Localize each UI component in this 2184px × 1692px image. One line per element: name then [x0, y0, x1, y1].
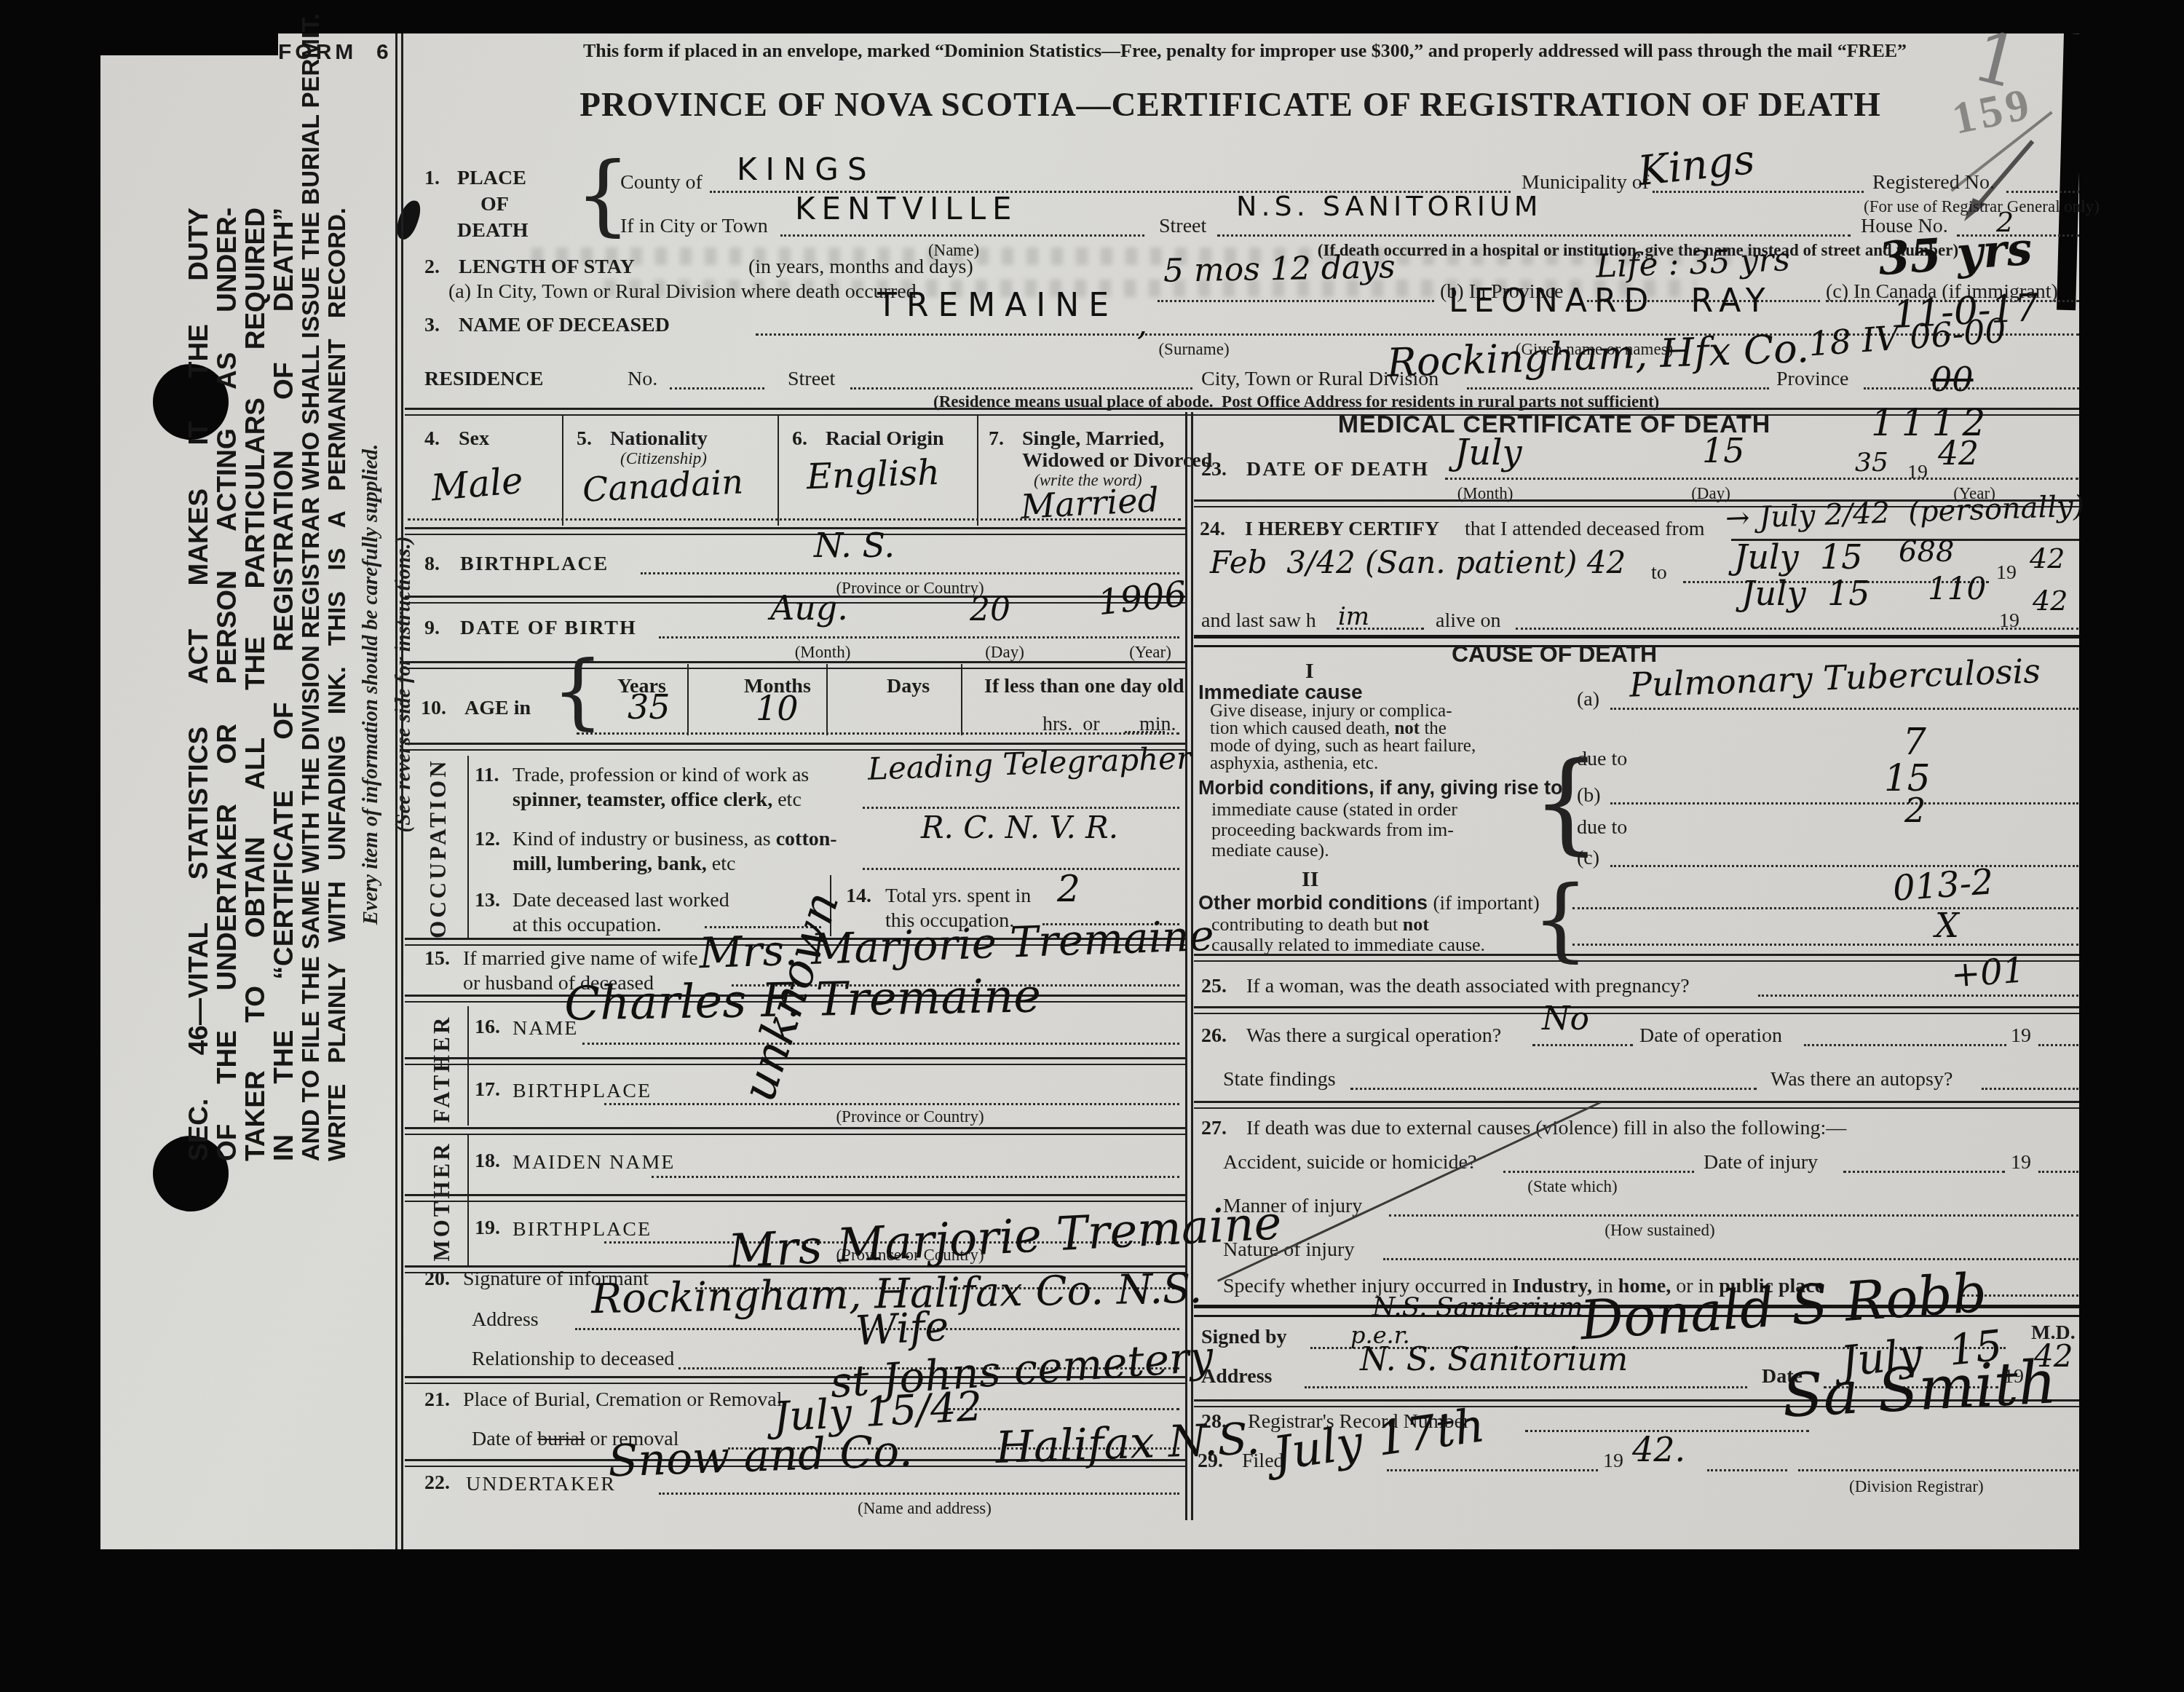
- residence-province-label: Province: [1776, 368, 1849, 390]
- margin-code-3: 00: [1931, 363, 1974, 396]
- s25-label: If a woman, was the death associated wit…: [1246, 976, 1690, 997]
- s21-label: Place of Burial, Cremation or Removal: [463, 1389, 783, 1410]
- s8-no: 8.: [424, 553, 440, 574]
- county-label: County of: [620, 172, 703, 193]
- residence-no-line: [670, 387, 764, 390]
- s17-no: 17.: [475, 1079, 500, 1100]
- rule: [1194, 1101, 2079, 1109]
- s24-saw-code: 110: [1928, 574, 1986, 604]
- s13-line-1: Date deceased last worked: [513, 890, 729, 911]
- s29-year-prefix: 19: [1603, 1450, 1623, 1471]
- s15-no: 15.: [424, 948, 450, 969]
- morbid-label: Morbid conditions, if any, giving rise t…: [1198, 778, 1563, 798]
- s10-days-h: Days: [887, 676, 930, 697]
- morbid-desc-3: mediate cause).: [1211, 840, 1329, 860]
- rule: [1194, 954, 2079, 962]
- s23-no: 23.: [1201, 459, 1227, 480]
- registrar-signature: Sa Smith: [1781, 1353, 2058, 1427]
- s26-label: Was there a surgical operation?: [1246, 1025, 1501, 1046]
- group-rule: [467, 1006, 469, 1126]
- cause-c-line: [1610, 865, 2078, 867]
- other-morbid-desc-1: contributing to death but not: [1211, 914, 1429, 934]
- s29-line-2: [1707, 1469, 1787, 1471]
- rule: [405, 1194, 1187, 1202]
- omd-bold: not: [1403, 914, 1429, 935]
- morbid-desc-1: immediate cause (stated in order: [1211, 799, 1457, 819]
- s26-findings-line: [1350, 1088, 1757, 1090]
- surname-value: TREMAINE: [877, 290, 1118, 322]
- s4-label: Sex: [459, 428, 489, 449]
- signed-top-value: N.S. Saniterium: [1372, 1294, 1583, 1321]
- mail-note: This form if placed in an envelope, mark…: [510, 41, 1980, 60]
- s13-no: 13.: [475, 890, 500, 911]
- s23-label: DATE OF DEATH: [1246, 459, 1429, 480]
- s18-no: 18.: [475, 1150, 500, 1171]
- cell-divider: [961, 664, 962, 735]
- immediate-desc-4: asphyxia, asthenia, etc.: [1210, 754, 1378, 773]
- s12-value: R. C. N. V. R.: [921, 813, 1118, 843]
- s2b-value: Life : 35 yrs: [1595, 244, 1790, 282]
- cause-roman-ii: II: [1302, 868, 1318, 891]
- city-town-label: If in City or Town: [620, 216, 768, 237]
- s7-label-2: Widowed or Divorced: [1022, 450, 1212, 471]
- row-line: [408, 518, 1181, 521]
- s9-month: Aug.: [770, 591, 848, 625]
- s24-certify-bold: I HEREBY CERTIFY: [1245, 518, 1439, 539]
- s16-line: [582, 1043, 1179, 1045]
- s24-to-code: 688: [1899, 537, 1954, 566]
- surname-comma: ,: [1137, 309, 1147, 341]
- s24-saw-line-2: [1516, 628, 2078, 630]
- omd-reg: contributing to death but: [1211, 914, 1403, 935]
- s27-manner-line: [1389, 1214, 2078, 1217]
- s24-saw-label-2: alive on: [1436, 610, 1500, 631]
- s20-relationship-label: Relationship to deceased: [472, 1348, 674, 1369]
- s12-line-1-bold: cotton-: [776, 828, 837, 850]
- oml-reg: (if important): [1433, 892, 1540, 914]
- s11-line-2-bold: spinner, teamster, office clerk,: [513, 788, 778, 811]
- scan-corner-top-left: [0, 0, 278, 55]
- cell-divider: [687, 664, 689, 735]
- cell-divider: [977, 415, 978, 526]
- s24-saw-year-prefix: 19: [1999, 610, 2019, 631]
- division-registrar-note: (Division Registrar): [1849, 1478, 1984, 1495]
- s21-date-struck: burial: [537, 1428, 585, 1450]
- other-code-3: +01: [1950, 953, 2025, 993]
- s29-line-1: [1387, 1469, 1598, 1471]
- registered-no-label: Registered No.: [1872, 172, 1995, 193]
- municipality-value: Kings: [1637, 140, 1757, 192]
- morbid-desc-2: proceeding backwards from im-: [1211, 820, 1454, 839]
- street-value: N.S. SANITORIUM: [1236, 192, 1543, 220]
- s27-no: 27.: [1201, 1118, 1227, 1139]
- s2a-value: 5 mos 12 days: [1163, 251, 1396, 288]
- cause-b-line: [1610, 802, 2078, 805]
- s10-min-label: min.: [1139, 713, 1176, 735]
- signed-address-value: N. S. Sanitorium: [1360, 1344, 1628, 1376]
- s22-no: 22.: [424, 1472, 450, 1493]
- s9-day: 20: [970, 594, 1010, 626]
- s9-no: 9.: [424, 617, 440, 639]
- s24-saw-label-1: and last saw h: [1201, 610, 1316, 631]
- d2b: not: [1394, 719, 1420, 738]
- s9-day-note: (Day): [985, 644, 1024, 661]
- s28-no: 28.: [1201, 1411, 1227, 1432]
- s27-accident-label: Accident, suicide or homicide?: [1223, 1152, 1476, 1173]
- signed-address-line: [1305, 1386, 1747, 1388]
- s5-no: 5.: [577, 428, 592, 449]
- s6-value: English: [806, 455, 941, 494]
- registered-no-note: (For use of Registrar General only): [1864, 198, 2100, 216]
- s11-line-2: spinner, teamster, office clerk, etc: [513, 789, 802, 810]
- s1-label-2: OF: [480, 194, 509, 215]
- s12-line: [863, 868, 1179, 870]
- s27-how-note: (How sustained): [1605, 1222, 1714, 1239]
- s18-line: [652, 1176, 1179, 1178]
- residence-street-label: Street: [788, 368, 835, 390]
- s2-no: 2.: [424, 256, 440, 277]
- s23-month: July: [1455, 435, 1522, 470]
- s22-label: UNDERTAKER: [466, 1474, 616, 1495]
- rule: [405, 661, 1187, 669]
- s10-hrs-label: hrs. or: [1042, 713, 1100, 735]
- s10-years-value: 35: [628, 690, 670, 724]
- s27-nature-line: [1383, 1258, 2078, 1260]
- s2c-super: 2: [1996, 208, 2014, 236]
- city-town-value: KENTVILLE: [795, 194, 1018, 224]
- row-line: [577, 732, 1179, 735]
- s19-no: 19.: [475, 1217, 500, 1238]
- cause-a-line: [1610, 708, 2078, 710]
- s24-no: 24.: [1200, 518, 1225, 539]
- registered-no-line: [2006, 191, 2079, 193]
- s13-line-2: at this occupation.: [513, 914, 662, 936]
- s1-no: 1.: [424, 167, 440, 189]
- residence-label: RESIDENCE: [424, 368, 543, 390]
- sidebar-note-1: Every item of information should be care…: [359, 207, 383, 1161]
- s26-year-prefix: 19: [2011, 1025, 2031, 1046]
- s10-brace: {: [552, 655, 604, 729]
- s10-less-h: If less than one day old: [984, 676, 1184, 697]
- s1-label-1: PLACE: [457, 167, 526, 189]
- immediate-cause-label: Immediate cause: [1198, 681, 1363, 703]
- sidebar-line: TAKER TO OBTAIN ALL THE PARTICULARS REQU…: [241, 207, 269, 1161]
- cell-divider: [826, 664, 828, 735]
- s19-label: BIRTHPLACE: [513, 1219, 652, 1240]
- sidebar-divider: [395, 33, 403, 1549]
- cause-a-label: (a): [1577, 689, 1599, 710]
- s4-value: Male: [430, 462, 524, 507]
- s18-label: MAIDEN NAME: [513, 1152, 675, 1173]
- other-code-1: 013-2: [1891, 864, 1994, 906]
- s20-address-label: Address: [472, 1309, 539, 1330]
- s2-paren: (in years, months and days): [748, 256, 973, 277]
- scanned-death-certificate: FORM 6 This form if placed in an envelop…: [0, 0, 2184, 1692]
- residence-no-label: No.: [628, 368, 657, 390]
- signed-address-label: Address: [1201, 1366, 1273, 1387]
- street-label: Street: [1159, 216, 1206, 237]
- municipality-line: [1653, 191, 1864, 193]
- s24-saw-value: July 15: [1741, 577, 1870, 610]
- cell-divider: [778, 415, 779, 526]
- sidebar-line: OF THE UNDERTAKER OR PERSON ACTING AS UN…: [213, 207, 241, 1161]
- s26-findings-label: State findings: [1223, 1069, 1336, 1090]
- s24-to-year: 42: [2030, 545, 2065, 572]
- s2a-label: (a) In City, Town or Rural Division wher…: [448, 281, 917, 302]
- city-town-line: [780, 234, 1144, 237]
- s7-value: Married: [1020, 483, 1160, 523]
- s24-saw-line-1: [1337, 628, 1424, 630]
- s11-no: 11.: [475, 764, 499, 786]
- cause-roman-i: I: [1305, 660, 1314, 683]
- s24-certify-rest: that I attended deceased from: [1465, 518, 1705, 539]
- s11-line-2-etc: etc: [778, 788, 802, 811]
- s27-nature-label: Nature of injury: [1223, 1239, 1354, 1260]
- s10-months-value: 10: [756, 692, 799, 725]
- s9-year: 1906: [1096, 577, 1189, 621]
- s29-signature-line: [1798, 1469, 2078, 1471]
- s1-label-3: DEATH: [457, 220, 529, 241]
- s10-label: AGE in: [464, 697, 531, 719]
- s29-year: 42.: [1632, 1433, 1685, 1466]
- s5-label: Nationality: [610, 428, 708, 449]
- form-number: FORM 6: [278, 41, 392, 64]
- street-line: [1217, 234, 1851, 237]
- county-value: KINGS: [737, 154, 876, 185]
- s27-state-which: (State which): [1527, 1178, 1617, 1195]
- s24-saw-fill: im: [1338, 604, 1369, 629]
- other-line-1: [1572, 907, 2078, 909]
- s23-day: 15: [1702, 434, 1745, 467]
- s17-note: (Province or Country): [836, 1108, 984, 1126]
- sidebar-line: WRITE PLAINLY WITH UNFADING INK. THIS IS…: [324, 207, 350, 1161]
- s24-saw-year: 42: [2033, 587, 2068, 614]
- group-rule: [467, 756, 469, 939]
- s20-no: 20.: [424, 1268, 450, 1289]
- s7-no: 7.: [989, 428, 1004, 449]
- s24-to-label: to: [1651, 562, 1667, 583]
- page-title: PROVINCE OF NOVA SCOTIA—CERTIFICATE OF R…: [466, 87, 1995, 123]
- s9-month-note: (Month): [795, 644, 851, 661]
- s3-no: 3.: [424, 315, 440, 336]
- s12-line-2-bold: mill, lumbering, bank,: [513, 853, 712, 875]
- s23-year: 42: [1938, 438, 1979, 470]
- surname-note: (Surname): [1158, 341, 1229, 358]
- s9-year-note: (Year): [1129, 644, 1171, 661]
- s8-note: (Province or Country): [836, 580, 984, 597]
- s12-no: 12.: [475, 829, 500, 850]
- s26-date-label: Date of operation: [1639, 1025, 1782, 1046]
- scan-border-bottom: [0, 1549, 2184, 1692]
- s23-year-prefix: 19: [1907, 462, 1928, 483]
- s2-label: LENGTH OF STAY: [459, 256, 635, 277]
- s6-label: Racial Origin: [826, 428, 944, 449]
- s22-line: [659, 1493, 1179, 1495]
- s24-to-value: July 15: [1734, 540, 1863, 574]
- s23-code: 35: [1855, 450, 1888, 476]
- rule: [405, 527, 1187, 535]
- signed-by-label: Signed by: [1201, 1327, 1287, 1348]
- s25-line: [1758, 995, 2078, 997]
- other-morbid-label: Other morbid conditions (if important): [1198, 893, 1540, 913]
- s27-accident-line: [1503, 1171, 1694, 1173]
- s24-from-value-2: Feb 3/42 (San. patient) 42: [1210, 547, 1626, 578]
- sidebar-line: IN THE “CERTIFICATE OF REGISTRATION OF D…: [269, 207, 298, 1161]
- s5-value: Canadain: [582, 464, 744, 506]
- medical-certificate-header: MEDICAL CERTIFICATE OF DEATH: [1194, 412, 1915, 438]
- s14-line-1: Total yrs. spent in: [885, 885, 1031, 906]
- s20-relationship-value: Wife: [855, 1307, 950, 1353]
- d2c: the: [1420, 719, 1447, 738]
- s27-injury-date-line: [1843, 1171, 2005, 1173]
- s27-line-3: [2038, 1171, 2078, 1173]
- s26-value: No: [1542, 1003, 1589, 1035]
- s4-no: 4.: [424, 428, 440, 449]
- s26-line-1: [1532, 1044, 1633, 1046]
- other-code-2: X: [1935, 909, 1959, 942]
- s2a-line: [1158, 300, 1434, 302]
- cause-code-1: 7: [1903, 724, 1926, 760]
- cause-b-label: (b): [1577, 785, 1601, 806]
- cause-c-label: (c): [1577, 847, 1599, 869]
- s14-value: 2: [1057, 871, 1080, 907]
- s26-line-3: [2038, 1044, 2078, 1046]
- s21-date-1: Date of: [472, 1428, 537, 1450]
- s23-line: [1445, 478, 2078, 480]
- residence-city-line: [1467, 387, 1769, 390]
- s14-no: 14.: [846, 885, 871, 906]
- s21-line: [948, 1408, 1179, 1410]
- s15-line-1: If married give name of wife: [463, 948, 698, 969]
- other-line-2: [1572, 944, 2078, 946]
- sidebar-line: SEC. 46—VITAL STATISTICS ACT MAKES IT TH…: [184, 207, 213, 1161]
- given-name-value: LEONARD RAY: [1449, 285, 1773, 317]
- cause-code-2: 2: [1904, 794, 1926, 827]
- s9-label: DATE OF BIRTH: [460, 617, 637, 639]
- residence-street-line: [850, 387, 1192, 390]
- scan-border-left: [0, 0, 100, 1692]
- s27-year-prefix: 19: [2011, 1152, 2031, 1173]
- s12-line-1-reg: Kind of industry or business, as: [513, 828, 776, 850]
- s26-autopsy-line: [1982, 1088, 2078, 1090]
- s17-label: BIRTHPLACE: [513, 1080, 652, 1102]
- s12-line-2: mill, lumbering, bank, etc: [513, 853, 735, 874]
- other-brace: {: [1532, 879, 1589, 961]
- s11-line-1: Trade, profession or kind of work as: [513, 764, 809, 786]
- s22-note: (Name and address): [858, 1500, 992, 1517]
- s12-line-2-etc: etc: [712, 853, 736, 875]
- s8-line: [641, 572, 1179, 574]
- d2a: tion which caused death,: [1210, 719, 1394, 738]
- s27-injury-date-label: Date of injury: [1704, 1152, 1818, 1173]
- other-morbid-desc-2: causally related to immediate cause.: [1211, 935, 1485, 954]
- s3-label: NAME OF DECEASED: [459, 315, 670, 336]
- s17-line: [604, 1103, 1179, 1105]
- s21-no: 21.: [424, 1389, 450, 1410]
- s26-line-2: [1804, 1044, 2006, 1046]
- s26-autopsy-label: Was there an autopsy?: [1770, 1069, 1952, 1090]
- s25-no: 25.: [1201, 976, 1227, 997]
- s27-manner-label: Manner of injury: [1223, 1195, 1362, 1217]
- scan-border-right: [2079, 0, 2184, 1692]
- s29-no: 29.: [1198, 1450, 1223, 1471]
- s8-value: N. S.: [814, 529, 895, 562]
- cell-divider: [562, 415, 563, 526]
- rule: [405, 1127, 1187, 1135]
- s6-no: 6.: [792, 428, 807, 449]
- rule: [1194, 1006, 2079, 1014]
- s11-line: [863, 807, 1179, 809]
- s16-no: 16.: [475, 1016, 500, 1037]
- oml-bold: Other morbid conditions: [1198, 892, 1433, 914]
- cause-due-to-2: due to: [1577, 817, 1627, 838]
- s12-line-1: Kind of industry or business, as cotton-: [513, 829, 837, 850]
- s26-no: 26.: [1201, 1025, 1227, 1046]
- s8-label: BIRTHPLACE: [460, 553, 609, 574]
- scan-border-top: [0, 0, 2184, 33]
- s7-label-1: Single, Married,: [1022, 428, 1164, 449]
- sidebar-line: AND TO FILE THE SAME WITH THE DIVISION R…: [298, 207, 324, 1161]
- s24-to-year-prefix: 19: [1996, 562, 2017, 583]
- s10-no: 10.: [421, 697, 446, 719]
- s9-line: [659, 636, 1179, 639]
